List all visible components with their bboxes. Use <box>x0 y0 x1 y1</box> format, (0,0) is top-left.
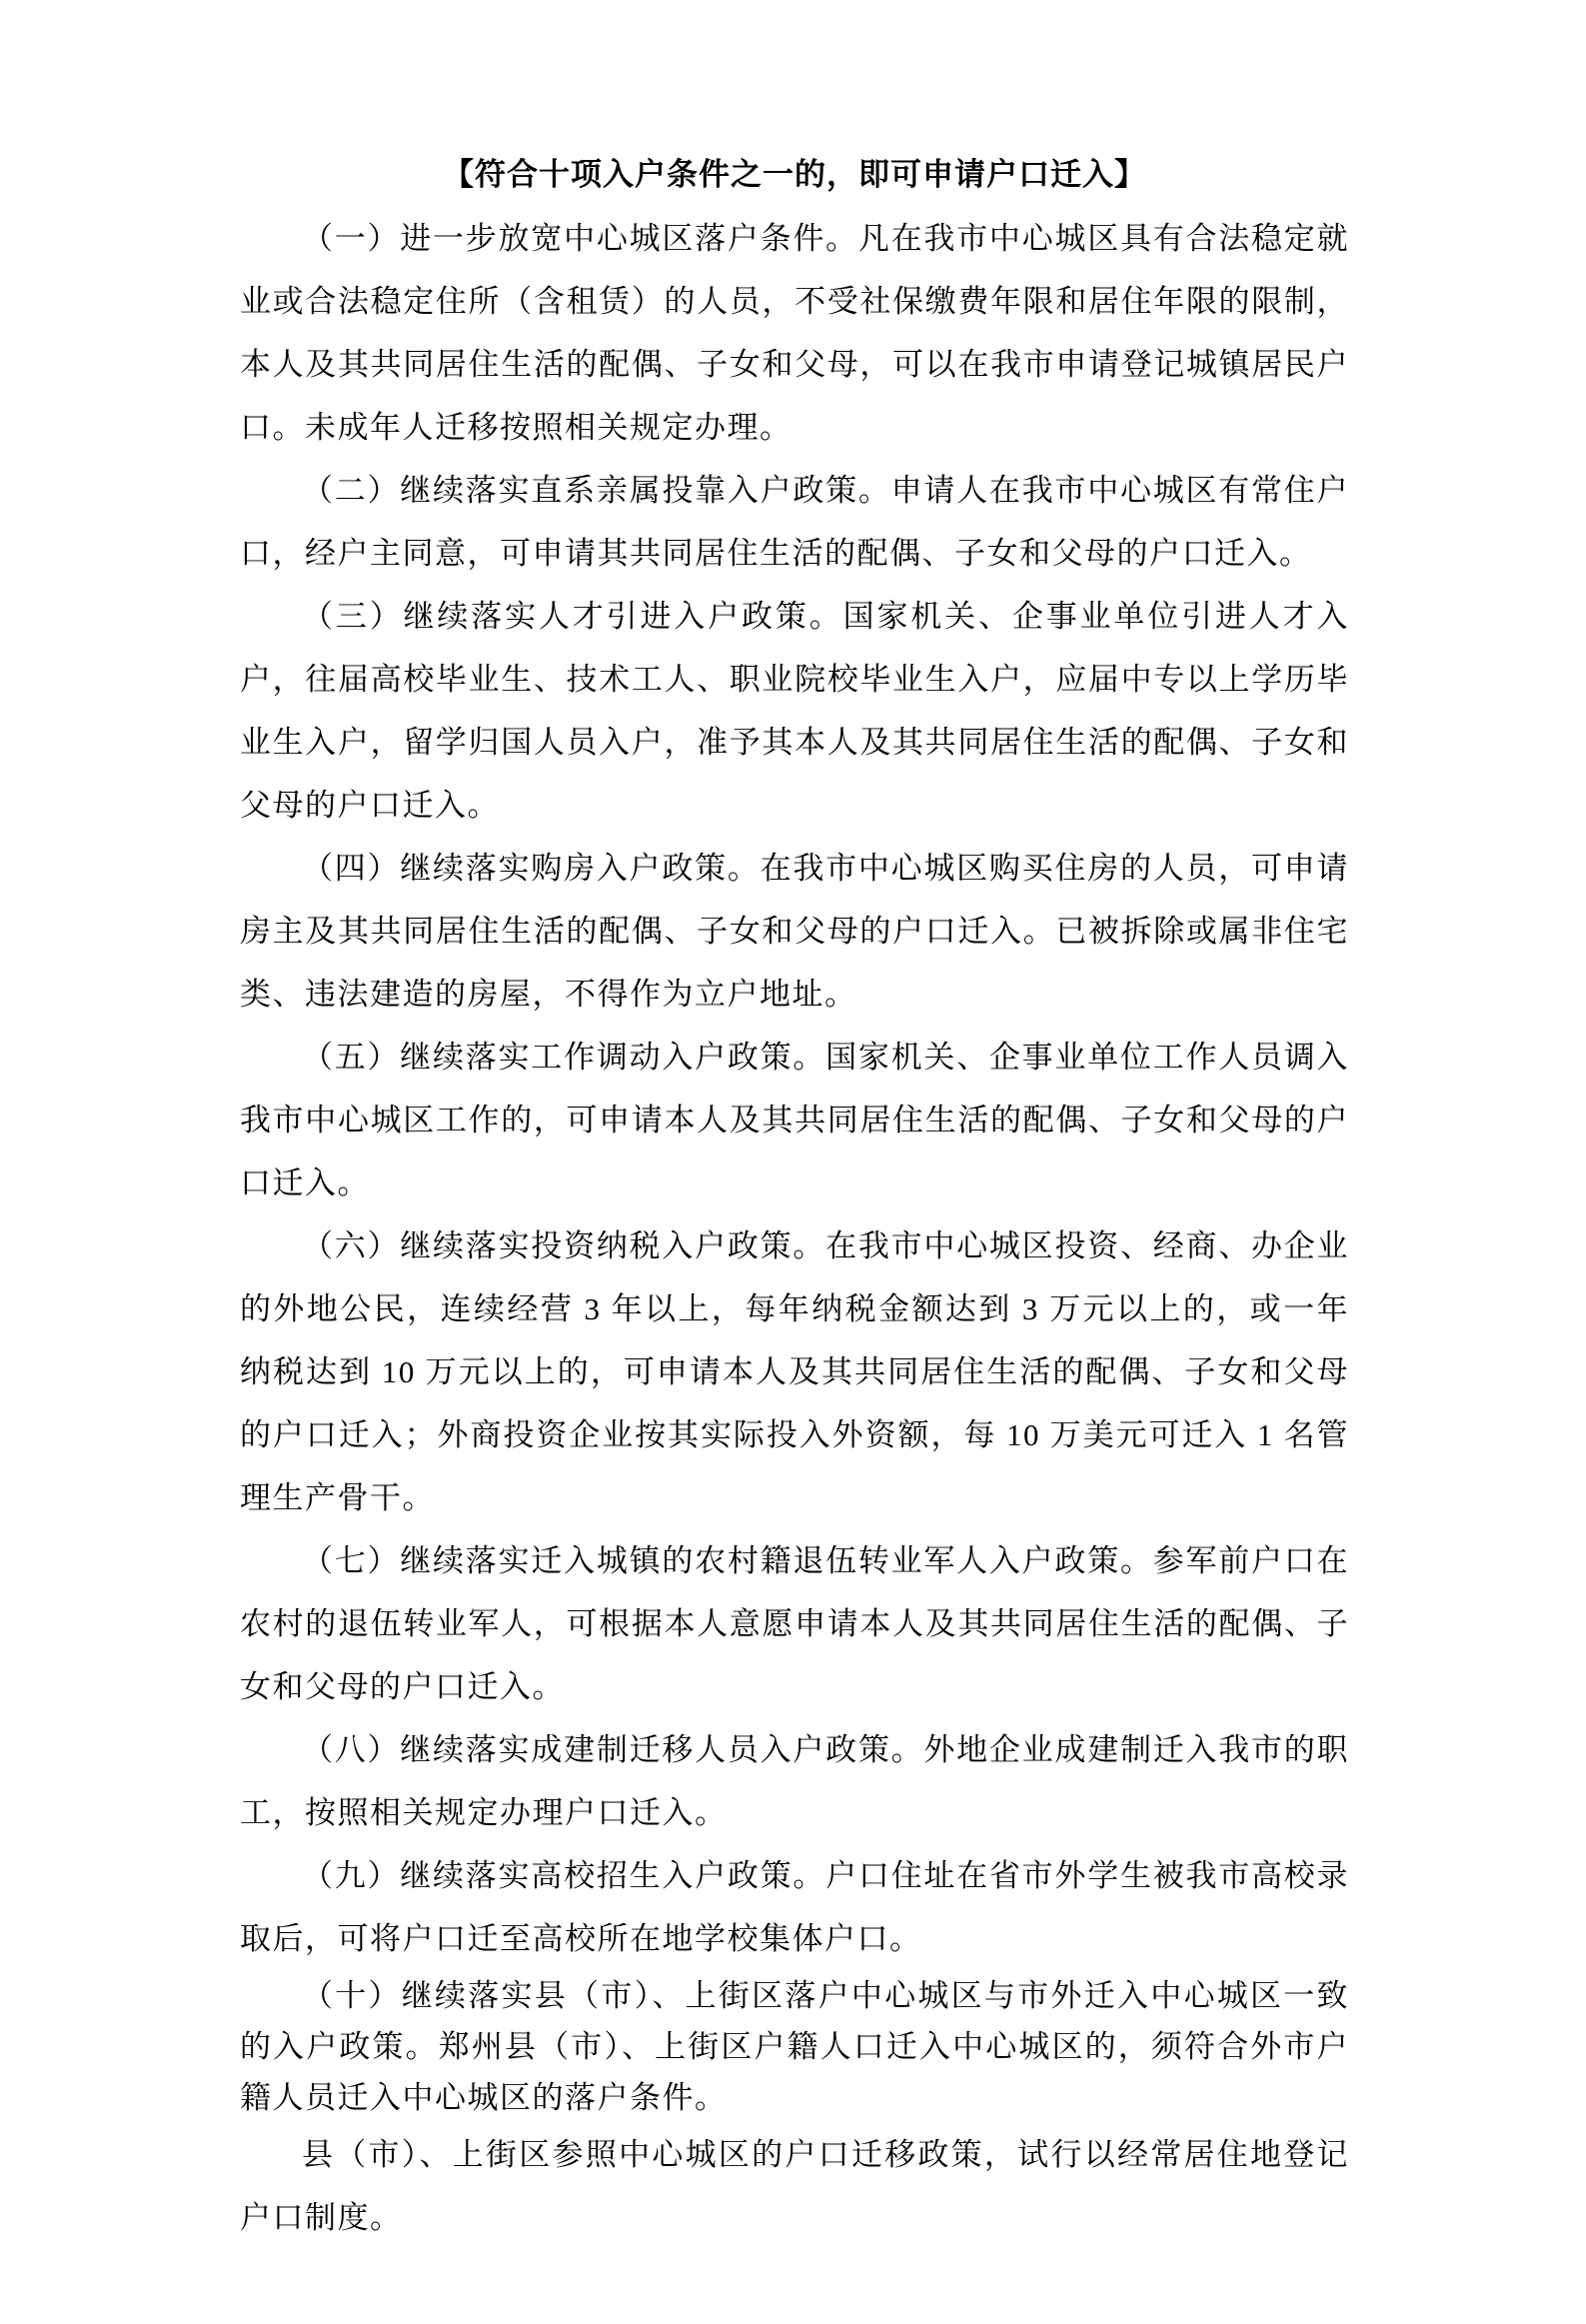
paragraph: 县（市）、上街区参照中心城区的户口迁移政策，试行以经常居住地登记户口制度。 <box>240 2123 1349 2249</box>
paragraph: （七）继续落实迁入城镇的农村籍退伍转业军人入户政策。参军前户口在农村的退伍转业军… <box>240 1529 1349 1718</box>
paragraph: （一）进一步放宽中心城区落户条件。凡在我市中心城区具有合法稳定就业或合法稳定住所… <box>240 207 1349 459</box>
paragraph: （三）继续落实人才引进入户政策。国家机关、企事业单位引进人才入户，往届高校毕业生… <box>240 585 1349 837</box>
document-body: （一）进一步放宽中心城区落户条件。凡在我市中心城区具有合法稳定就业或合法稳定住所… <box>240 207 1349 2249</box>
paragraph: （二）继续落实直系亲属投靠入户政策。申请人在我市中心城区有常住户口，经户主同意，… <box>240 459 1349 585</box>
paragraph: （六）继续落实投资纳税入户政策。在我市中心城区投资、经商、办企业的外地公民，连续… <box>240 1214 1349 1529</box>
document-title: 【符合十项入户条件之一的，即可申请户口迁入】 <box>240 143 1349 207</box>
paragraph: （十）继续落实县（市）、上街区落户中心城区与市外迁入中心城区一致的入户政策。郑州… <box>240 1970 1349 2123</box>
paragraph: （五）继续落实工作调动入户政策。国家机关、企事业单位工作人员调入我市中心城区工作… <box>240 1026 1349 1214</box>
document-page: 【符合十项入户条件之一的，即可申请户口迁入】 （一）进一步放宽中心城区落户条件。… <box>0 0 1586 2324</box>
paragraph: （九）继续落实高校招生入户政策。户口住址在省市外学生被我市高校录取后，可将户口迁… <box>240 1844 1349 1970</box>
paragraph: （八）继续落实成建制迁移人员入户政策。外地企业成建制迁入我市的职工，按照相关规定… <box>240 1718 1349 1844</box>
document-content: 【符合十项入户条件之一的，即可申请户口迁入】 （一）进一步放宽中心城区落户条件。… <box>240 143 1349 2249</box>
paragraph: （四）继续落实购房入户政策。在我市中心城区购买住房的人员，可申请房主及其共同居住… <box>240 837 1349 1026</box>
